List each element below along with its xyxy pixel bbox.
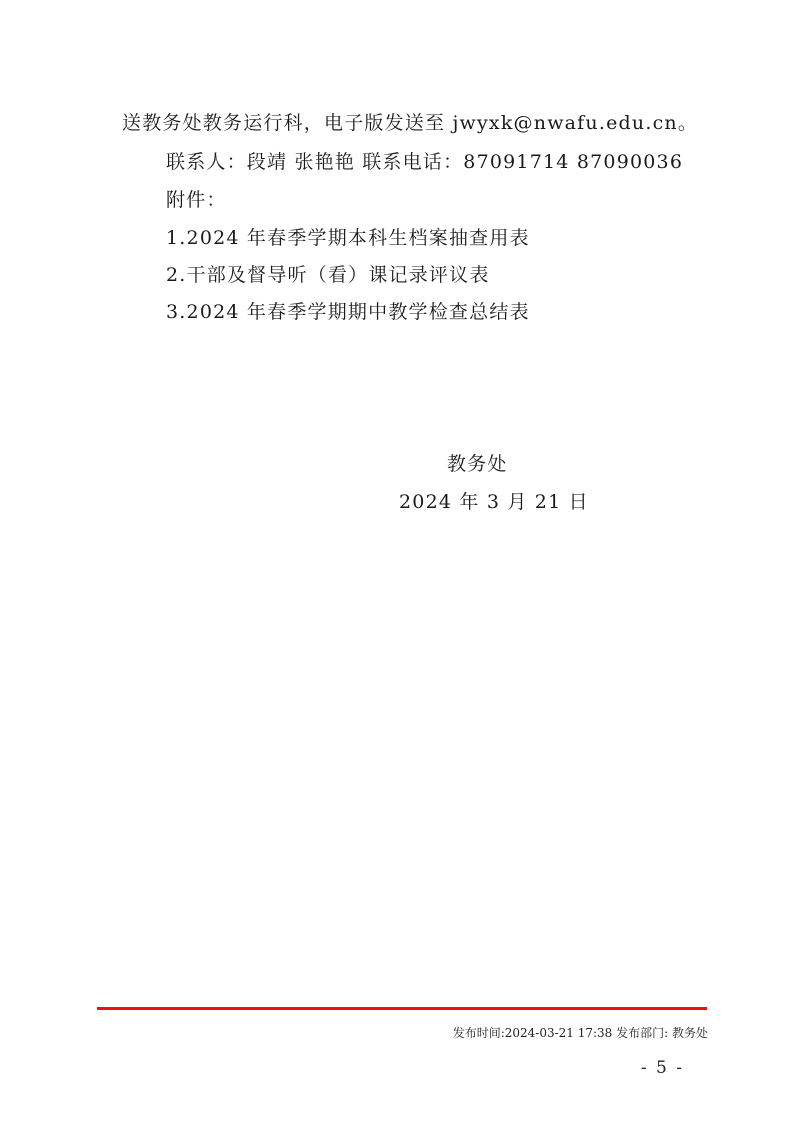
body-line-contacts: 联系人：段靖 张艳艳 联系电话：87091714 87090036 xyxy=(166,150,683,174)
footer-red-rule xyxy=(97,1007,707,1010)
signature-org: 教务处 xyxy=(447,452,508,476)
signature-date: 2024 年 3 月 21 日 xyxy=(399,490,589,514)
attachments-heading: 附件： xyxy=(166,188,227,212)
page-number: - 5 - xyxy=(641,1058,684,1078)
publish-meta: 发布时间:2024-03-21 17:38 发布部门: 教务处 xyxy=(453,1024,708,1041)
body-line-email-instruction: 送教务处教务运行科，电子版发送至 jwyxk@nwafu.edu.cn。 xyxy=(122,111,698,135)
attachment-item-3: 3.2024 年春季学期期中教学检查总结表 xyxy=(166,300,530,324)
attachment-item-2: 2.干部及督导听（看）课记录评议表 xyxy=(166,263,490,287)
attachment-item-1: 1.2024 年春季学期本科生档案抽查用表 xyxy=(166,226,530,250)
